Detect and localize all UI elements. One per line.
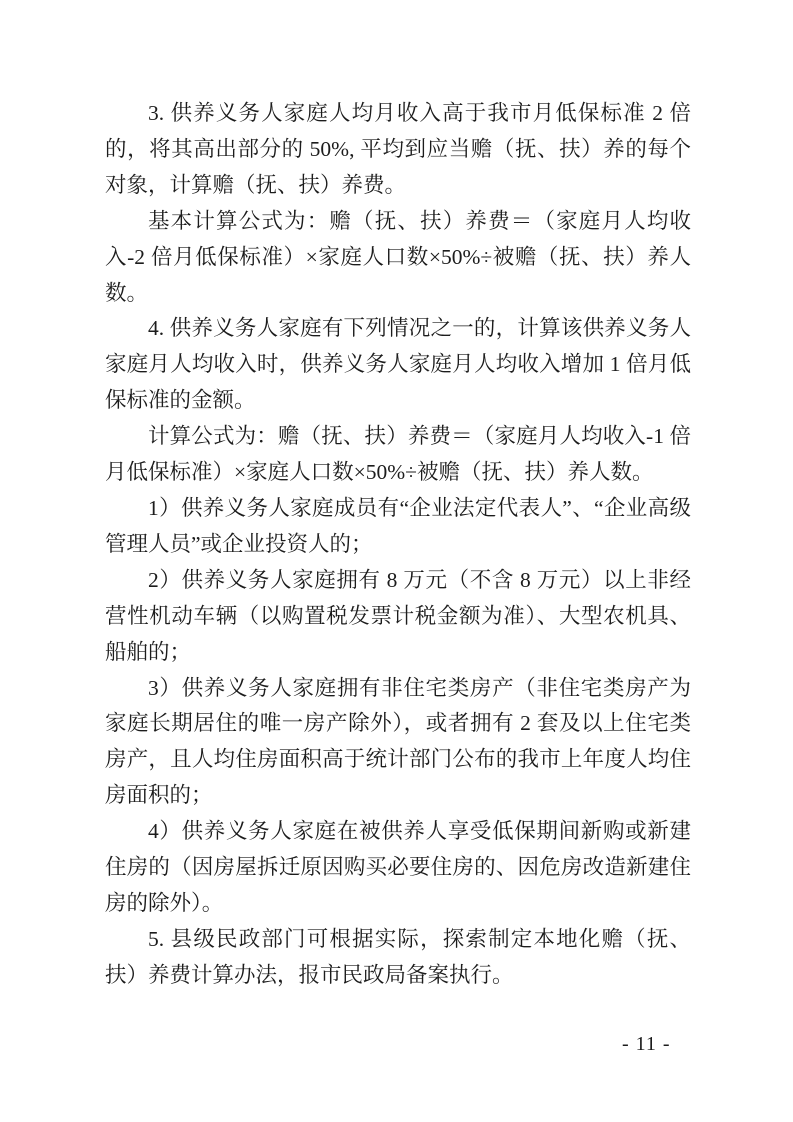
paragraph: 基本计算公式为：赡（抚、扶）养费＝（家庭月人均收入-2 倍月低保标准）×家庭人口… bbox=[105, 204, 691, 312]
paragraph: 3）供养义务人家庭拥有非住宅类房产（非住宅类房产为家庭长期居住的唯一房产除外），… bbox=[105, 671, 691, 815]
paragraph: 4. 供养义务人家庭有下列情况之一的，计算该供养义务人家庭月人均收入时，供养义务… bbox=[105, 311, 691, 419]
paragraph: 1）供养义务人家庭成员有“企业法定代表人”、“企业高级管理人员”或企业投资人的； bbox=[105, 491, 691, 563]
paragraph: 5. 县级民政部门可根据实际，探索制定本地化赡（抚、扶）养费计算办法，报市民政局… bbox=[105, 922, 691, 994]
paragraph: 3. 供养义务人家庭人均月收入高于我市月低保标准 2 倍的，将其高出部分的 50… bbox=[105, 96, 691, 204]
document-body: 3. 供养义务人家庭人均月收入高于我市月低保标准 2 倍的，将其高出部分的 50… bbox=[105, 96, 691, 994]
paragraph: 2）供养义务人家庭拥有 8 万元（不含 8 万元）以上非经营性机动车辆（以购置税… bbox=[105, 563, 691, 671]
page-number: - 11 - bbox=[622, 1033, 671, 1056]
paragraph: 4）供养义务人家庭在被供养人享受低保期间新购或新建住房的（因房屋拆迁原因购买必要… bbox=[105, 814, 691, 922]
paragraph: 计算公式为：赡（抚、扶）养费＝（家庭月人均收入-1 倍月低保标准）×家庭人口数×… bbox=[105, 419, 691, 491]
document-page: 3. 供养义务人家庭人均月收入高于我市月低保标准 2 倍的，将其高出部分的 50… bbox=[0, 0, 793, 1122]
